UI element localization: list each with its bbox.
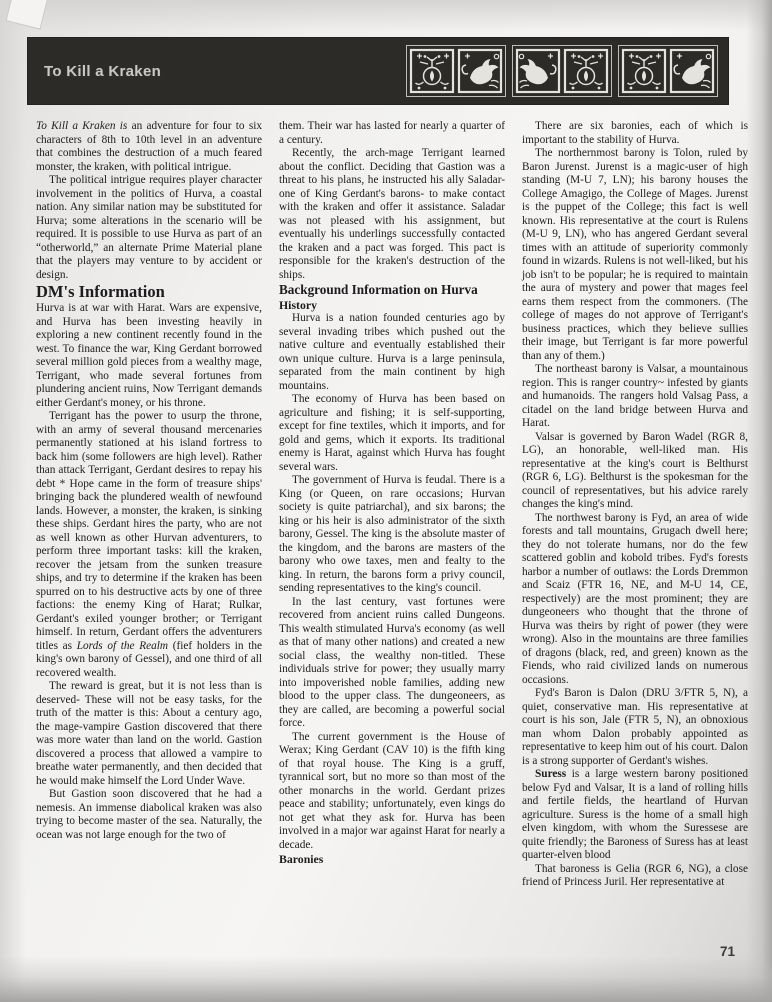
text-run: Terrigant has the power to usurp the thr… xyxy=(36,410,262,652)
text-run: The government of Hurva is feudal. There… xyxy=(279,474,505,594)
text-run: The northwest barony is Fyd, an area of … xyxy=(522,512,748,686)
floral-ornament-icon xyxy=(621,48,667,94)
paragraph: them. Their war has lasted for nearly a … xyxy=(279,120,505,147)
paragraph: To Kill a Kraken is an adventure for fou… xyxy=(36,120,262,174)
paragraph: Terrigant has the power to usurp the thr… xyxy=(36,410,262,680)
scan-bed-bottom-shadow xyxy=(0,956,772,1002)
ornament-tile-group xyxy=(406,45,506,97)
section-heading: DM's Information xyxy=(36,282,262,302)
text-run: Suress xyxy=(535,768,566,780)
paragraph: Recently, the arch-mage Terrigant learne… xyxy=(279,147,505,282)
paragraph: Hurva is at war with Harat. Wars are exp… xyxy=(36,302,262,410)
paragraph: The reward is great, but it is not less … xyxy=(36,680,262,788)
text-run: Lords of the Realm xyxy=(77,640,168,652)
text-run: is a large western barony positioned bel… xyxy=(522,768,748,861)
text-run: But Gastion soon discovered that he had … xyxy=(36,788,262,841)
paragraph: The northwest barony is Fyd, an area of … xyxy=(522,512,748,688)
text-run: History xyxy=(279,298,317,312)
paragraph: The current government is the House of W… xyxy=(279,731,505,853)
floral-ornament-icon xyxy=(409,48,455,94)
text-run: Background Information on Hurva xyxy=(279,282,478,297)
text-run: To Kill a Kraken is xyxy=(36,120,127,132)
paragraph: Suress is a large western barony positio… xyxy=(522,768,748,863)
bird-ornament-icon xyxy=(515,48,561,94)
paragraph: Fyd's Baron is Dalon (DRU 3/FTR 5, N), a… xyxy=(522,687,748,768)
text-run: Valsar is governed by Baron Wadel (RGR 8… xyxy=(522,431,748,511)
ornament-tile-group xyxy=(618,45,718,97)
text-column-3: There are six baronies, each of which is… xyxy=(522,120,748,890)
text-run: The reward is great, but it is not less … xyxy=(36,680,262,787)
paragraph: The economy of Hurva has been based on a… xyxy=(279,393,505,474)
text-run: The northeast barony is Valsar, a mounta… xyxy=(522,363,748,429)
text-run: Hurva is a nation founded centuries ago … xyxy=(279,312,505,392)
floral-ornament-icon xyxy=(563,48,609,94)
text-run: The northernmost barony is Tolon, ruled … xyxy=(522,147,748,362)
text-run: That baroness is Gelia (RGR 6, NG), a cl… xyxy=(522,863,748,889)
chapter-title: To Kill a Kraken xyxy=(44,63,161,80)
paragraph: The government of Hurva is feudal. There… xyxy=(279,474,505,596)
paragraph: In the last century, vast fortunes were … xyxy=(279,596,505,731)
ornament-tile-group xyxy=(512,45,612,97)
text-run: In the last century, vast fortunes were … xyxy=(279,596,505,730)
text-run: Baronies xyxy=(279,852,323,866)
ornament-band xyxy=(406,45,718,97)
section-heading: Background Information on Hurva xyxy=(279,282,505,298)
paragraph: Valsar is governed by Baron Wadel (RGR 8… xyxy=(522,431,748,512)
paragraph: The northeast barony is Valsar, a mounta… xyxy=(522,363,748,431)
paragraph: The northernmost barony is Tolon, ruled … xyxy=(522,147,748,363)
section-heading: Baronies xyxy=(279,852,505,866)
text-run: DM's Information xyxy=(36,282,165,301)
text-run: Recently, the arch-mage Terrigant learne… xyxy=(279,147,505,281)
paragraph: Hurva is a nation founded centuries ago … xyxy=(279,312,505,393)
text-run: The economy of Hurva has been based on a… xyxy=(279,393,505,473)
scan-bed-top-shadow xyxy=(0,0,772,32)
text-run: The political intrigue requires player c… xyxy=(36,174,262,281)
text-run: Fyd's Baron is Dalon (DRU 3/FTR 5, N), a… xyxy=(522,687,748,767)
bird-ornament-icon xyxy=(457,48,503,94)
section-heading: History xyxy=(279,298,505,312)
text-column-1: To Kill a Kraken is an adventure for fou… xyxy=(36,120,262,890)
text-run: There are six baronies, each of which is… xyxy=(522,120,748,146)
text-columns: To Kill a Kraken is an adventure for fou… xyxy=(36,120,748,890)
bird-ornament-icon xyxy=(669,48,715,94)
paragraph: There are six baronies, each of which is… xyxy=(522,120,748,147)
paragraph: That baroness is Gelia (RGR 6, NG), a cl… xyxy=(522,863,748,890)
text-column-2: them. Their war has lasted for nearly a … xyxy=(279,120,505,890)
text-run: The current government is the House of W… xyxy=(279,731,505,851)
text-run: them. Their war has lasted for nearly a … xyxy=(279,120,505,146)
paragraph: The political intrigue requires player c… xyxy=(36,174,262,282)
scan-bed-left-shadow xyxy=(0,0,26,1002)
text-run: Hurva is at war with Harat. Wars are exp… xyxy=(36,302,262,409)
chapter-header-bar: To Kill a Kraken xyxy=(28,38,728,104)
paragraph: But Gastion soon discovered that he had … xyxy=(36,788,262,842)
scan-bed-right-shadow xyxy=(746,0,772,1002)
